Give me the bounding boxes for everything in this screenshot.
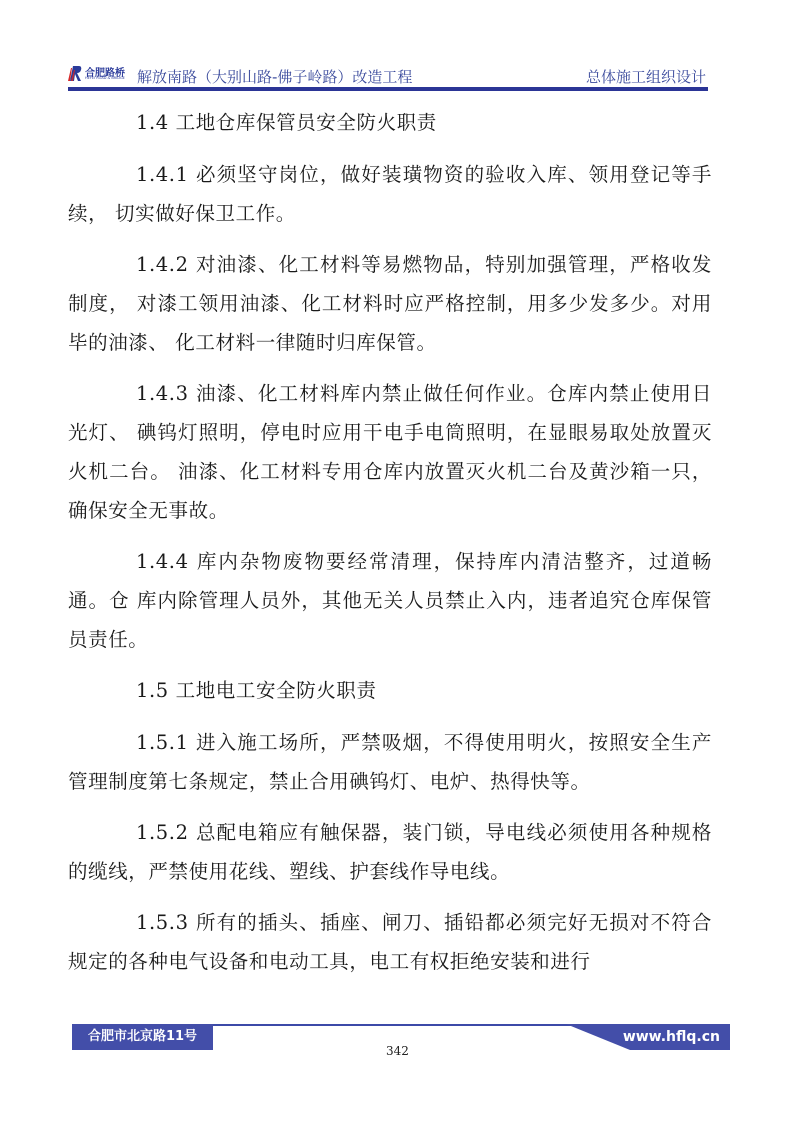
section-heading-1-4: 1.4 工地仓库保管员安全防火职责 [68,103,712,142]
section-heading-1-5: 1.5 工地电工安全防火职责 [68,671,712,710]
header-divider [68,87,708,91]
clause-1-4-4: 1.4.4 库内杂物废物要经常清理，保持库内清洁整齐，过道畅通。仓 库内除管理人… [68,542,712,659]
company-logo: 合肥路桥 HEFEI ROAD & BRIDGE [68,64,130,84]
clause-1-4-1: 1.4.1 必须坚守岗位，做好装璜物资的验收入库、领用登记等手续， 切实做好保卫… [68,155,712,233]
road-bridge-logo-icon [68,64,84,82]
project-title: 解放南路（大别山路-佛子岭路）改造工程 [137,66,412,87]
document-title: 总体施工组织设计 [586,66,706,87]
footer-website-link[interactable]: www.hflq.cn [623,1024,720,1050]
clause-1-4-3: 1.4.3 油漆、化工材料库内禁止做任何作业。仓库内禁止使用日光灯、 碘钨灯照明… [68,374,712,530]
clause-1-5-3: 1.5.3 所有的插头、插座、闸刀、插铅都必须完好无损对不符合规定的各种电气设备… [68,903,712,981]
page-header: 合肥路桥 HEFEI ROAD & BRIDGE 解放南路（大别山路-佛子岭路）… [68,62,708,92]
document-page: 合肥路桥 HEFEI ROAD & BRIDGE 解放南路（大别山路-佛子岭路）… [0,0,793,1122]
page-number: 342 [386,1044,409,1058]
logo-english-text: HEFEI ROAD & BRIDGE [85,76,125,80]
clause-1-5-2: 1.5.2 总配电箱应有触保器，装门锁，导电线必须使用各种规格的缆线，严禁使用花… [68,813,712,891]
footer-website-banner: www.hflq.cn [566,1024,730,1050]
document-body: 1.4 工地仓库保管员安全防火职责 1.4.1 必须坚守岗位，做好装璜物资的验收… [68,103,712,993]
footer-address: 合肥市北京路11号 [72,1024,213,1050]
clause-1-5-1: 1.5.1 进入施工场所，严禁吸烟，不得使用明火，按照安全生产管理制度第七条规定… [68,723,712,801]
clause-1-4-2: 1.4.2 对油漆、化工材料等易燃物品，特别加强管理，严格收发制度， 对漆工领用… [68,245,712,362]
